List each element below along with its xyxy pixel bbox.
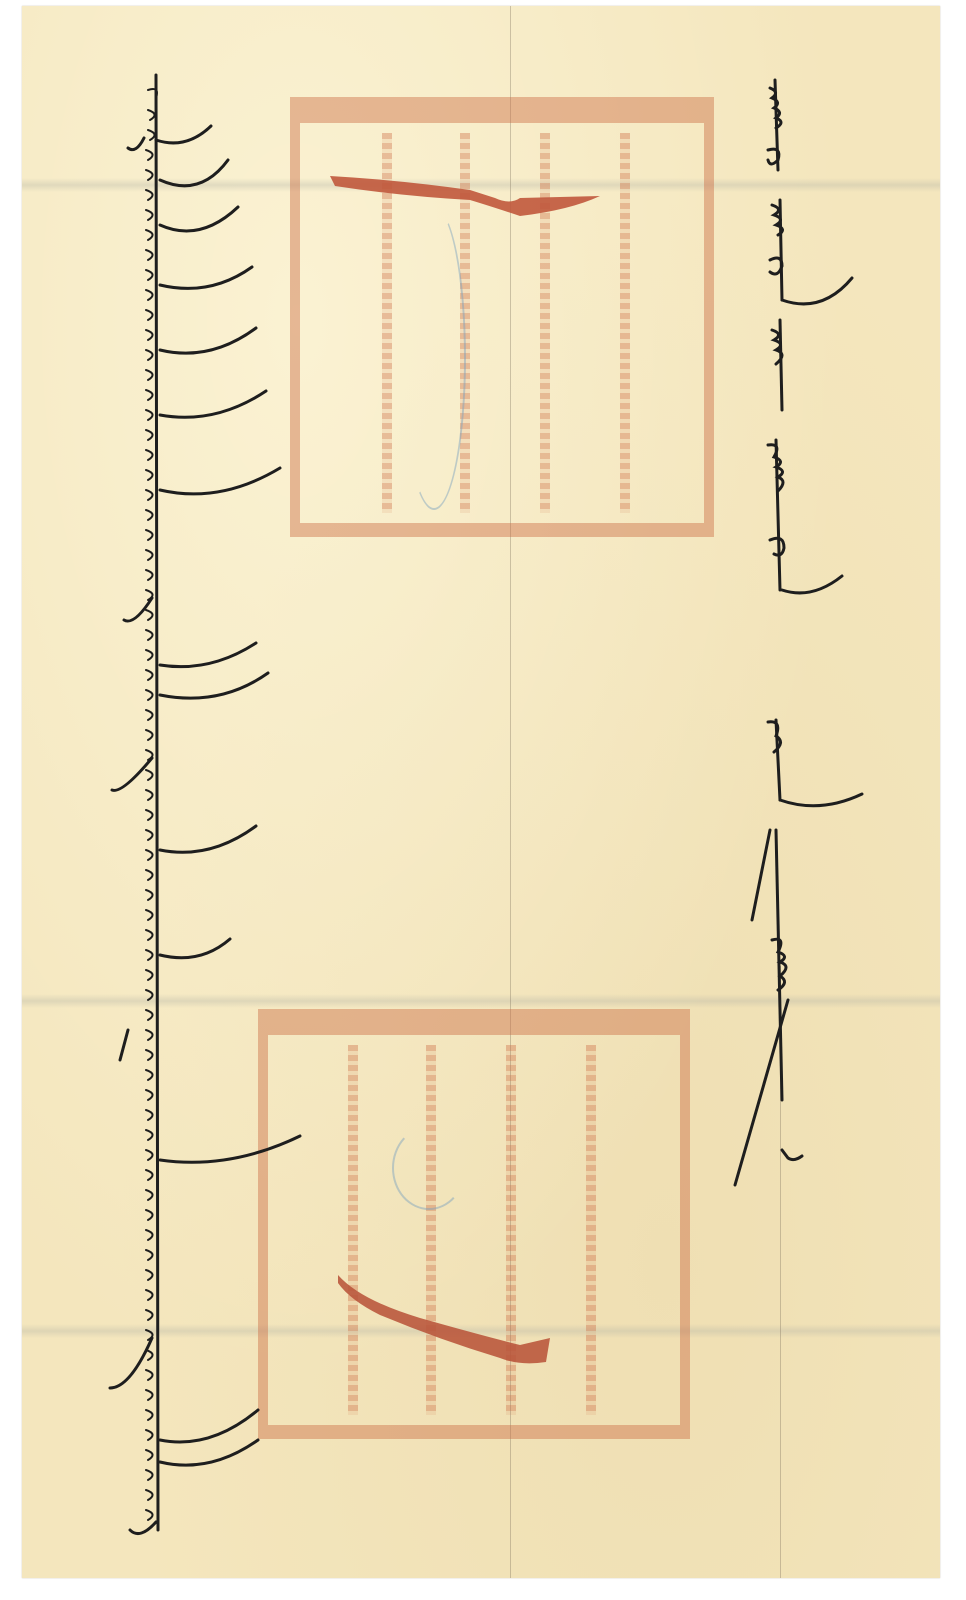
right-column-script (735, 80, 862, 1185)
vermilion-mark-top (330, 176, 600, 216)
left-column-script (110, 75, 300, 1534)
vermilion-mark-bottom (338, 1275, 550, 1363)
script-layer (0, 0, 966, 1600)
